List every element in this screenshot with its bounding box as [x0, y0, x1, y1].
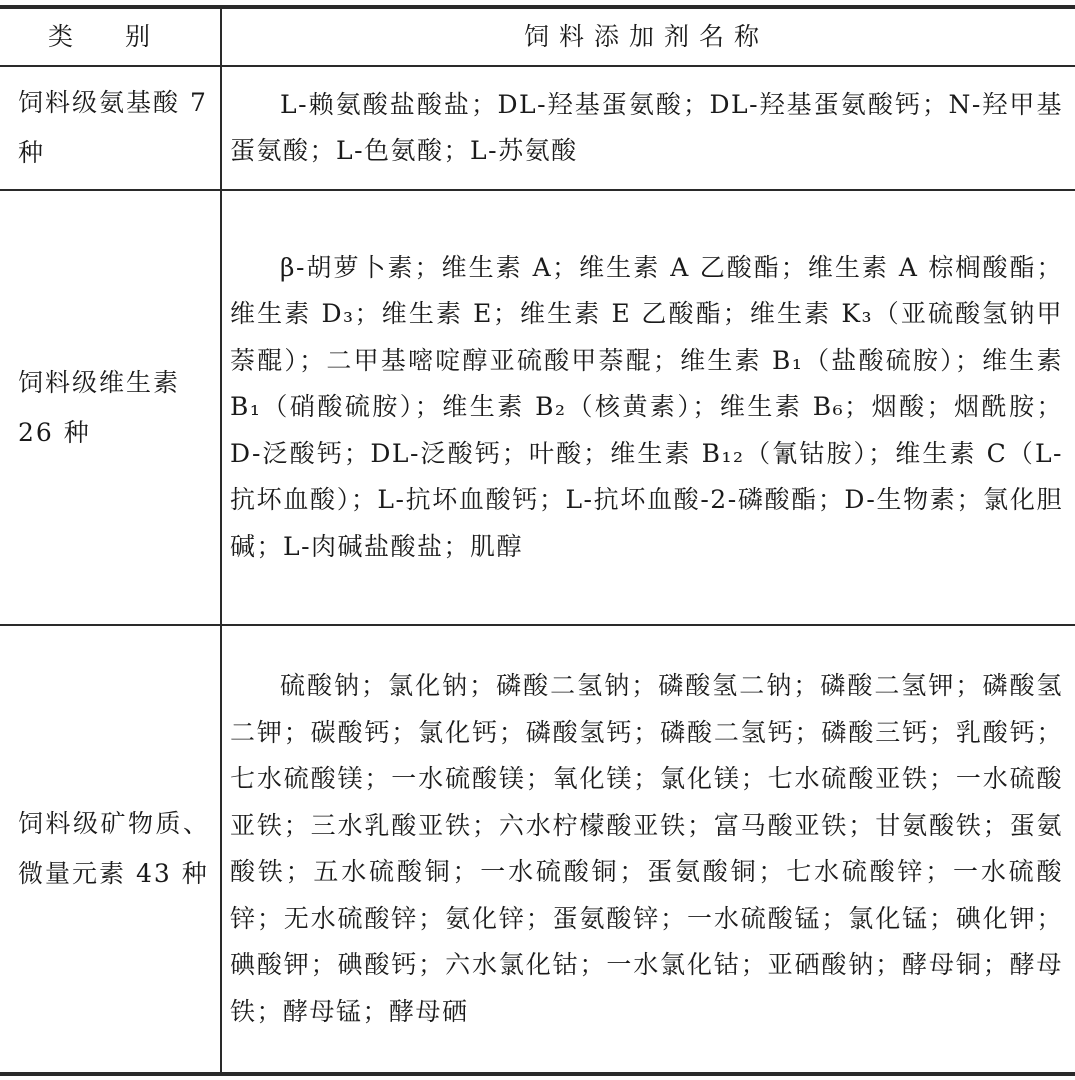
category-cell: 饲料级氨基酸 7 种 [0, 67, 222, 189]
names-cell: β-胡萝卜素；维生素 A；维生素 A 乙酸酯；维生素 A 棕榈酸酯；维生素 D₃… [222, 191, 1075, 624]
category-label: 饲料级矿物质、微量元素 43 种 [18, 799, 210, 899]
table-row: 饲料级氨基酸 7 种 L-赖氨酸盐酸盐；DL-羟基蛋氨酸；DL-羟基蛋氨酸钙；N… [0, 67, 1075, 191]
header-names-label: 饲料添加剂名称 [524, 14, 769, 61]
category-label: 饲料级维生素 26 种 [18, 358, 210, 458]
table-header-row: 类 别 饲料添加剂名称 [0, 9, 1075, 67]
names-text: L-赖氨酸盐酸盐；DL-羟基蛋氨酸；DL-羟基蛋氨酸钙；N-羟甲基蛋氨酸；L-色… [230, 82, 1063, 175]
table-row: 饲料级维生素 26 种 β-胡萝卜素；维生素 A；维生素 A 乙酸酯；维生素 A… [0, 191, 1075, 626]
names-text: 硫酸钠；氯化钠；磷酸二氢钠；磷酸氢二钠；磷酸二氢钾；磷酸氢二钾；碳酸钙；氯化钙；… [230, 663, 1063, 1035]
category-cell: 饲料级维生素 26 种 [0, 191, 222, 624]
header-category-label: 类 别 [48, 12, 172, 62]
names-text: β-胡萝卜素；维生素 A；维生素 A 乙酸酯；维生素 A 棕榈酸酯；维生素 D₃… [230, 245, 1063, 571]
category-label: 饲料级氨基酸 7 种 [18, 78, 210, 178]
names-cell: L-赖氨酸盐酸盐；DL-羟基蛋氨酸；DL-羟基蛋氨酸钙；N-羟甲基蛋氨酸；L-色… [222, 67, 1075, 189]
names-cell: 硫酸钠；氯化钠；磷酸二氢钠；磷酸氢二钠；磷酸二氢钾；磷酸氢二钾；碳酸钙；氯化钙；… [222, 626, 1075, 1072]
table-row: 饲料级矿物质、微量元素 43 种 硫酸钠；氯化钠；磷酸二氢钠；磷酸氢二钠；磷酸二… [0, 626, 1075, 1072]
feed-additive-table: 类 别 饲料添加剂名称 饲料级氨基酸 7 种 L-赖氨酸盐酸盐；DL-羟基蛋氨酸… [0, 5, 1075, 1076]
category-cell: 饲料级矿物质、微量元素 43 种 [0, 626, 222, 1072]
header-category: 类 别 [0, 9, 222, 65]
header-names: 饲料添加剂名称 [222, 9, 1075, 65]
